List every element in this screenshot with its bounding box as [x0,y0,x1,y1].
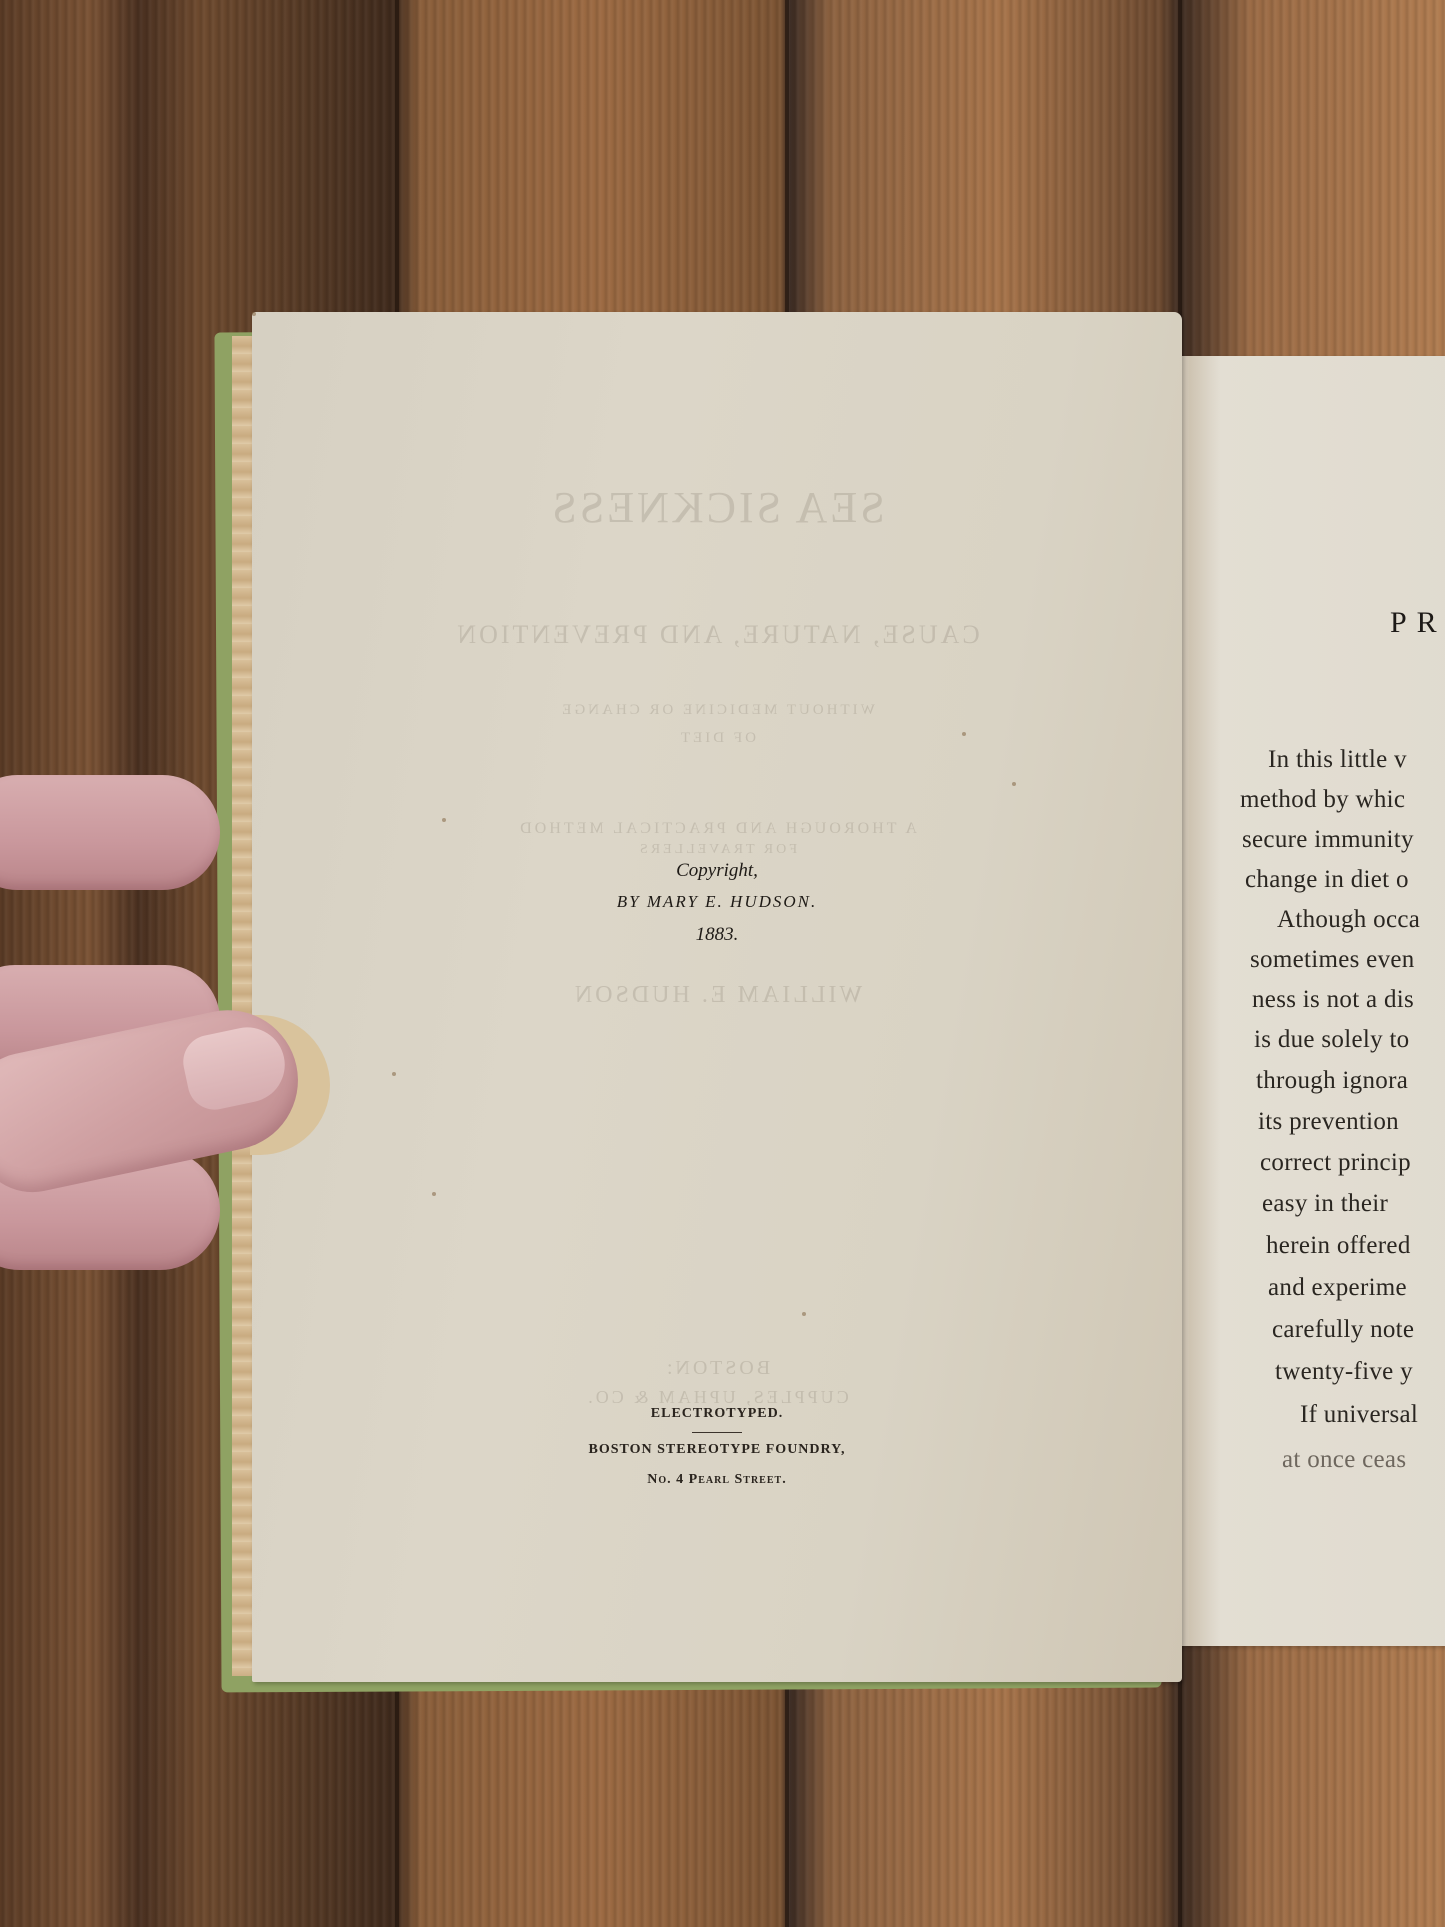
foxing-spot [962,732,966,736]
text-line: through ignora [1256,1067,1408,1095]
preface-heading: PR [1390,606,1445,640]
show-through-line: FOR TRAVELLERS [252,842,1182,858]
index-finger [0,775,220,890]
show-through-line: A THOROUGH AND PRACTICAL METHOD [252,820,1182,838]
text-line: twenty-five y [1275,1358,1413,1386]
show-through-imprint: BOSTON: [252,1357,1182,1380]
text-line: If universal [1300,1401,1418,1429]
text-line: easy in their [1262,1190,1388,1218]
foxing-spot [802,1312,806,1316]
foxing-spot [442,818,446,822]
copyright-holder: BY MARY E. HUDSON. [252,892,1182,912]
foundry-address: No. 4 Pearl Street. [252,1472,1182,1488]
text-line: Athough occa [1277,906,1420,934]
text-line: is due solely to [1254,1026,1409,1054]
text-line: method by whic [1240,786,1405,814]
foxing-spot [1012,782,1016,786]
electrotyped-label: ELECTROTYPED. [252,1406,1182,1422]
copyright-label: Copyright, [252,860,1182,882]
divider-rule [692,1432,742,1433]
show-through-author: WILLIAM E. HUDSON [252,982,1182,1009]
show-through-title: SEA SICKNESS [252,482,1182,533]
text-line: sometimes even [1250,946,1415,974]
foundry-name: BOSTON STEREOTYPE FOUNDRY, [252,1442,1182,1458]
marbled-endpaper-edge [232,336,254,1676]
text-line: In this little v [1268,746,1407,774]
copyright-year: 1883. [252,924,1182,946]
foxing-spot [252,312,256,316]
foxing-spot [392,1072,396,1076]
left-page-copyright: SEA SICKNESS CAUSE, NATURE, AND PREVENTI… [252,312,1182,1682]
foxing-spot [432,1192,436,1196]
show-through-subtitle: CAUSE, NATURE, AND PREVENTION [252,620,1182,650]
text-line: change in diet o [1245,866,1409,894]
text-line: correct princip [1260,1149,1411,1177]
text-line: ness is not a dis [1252,986,1414,1014]
text-line: and experime [1268,1274,1407,1302]
show-through-line: OF DIET [252,730,1182,747]
show-through-line: WITHOUT MEDICINE OR CHANGE [252,702,1182,719]
text-line: carefully note [1272,1316,1414,1344]
text-line: its prevention [1258,1108,1399,1136]
text-line: at once ceas [1282,1446,1406,1474]
text-line: herein offered [1266,1232,1411,1260]
text-line: secure immunity [1242,826,1414,854]
show-through-imprint: CUPPLES, UPHAM & CO. [252,1387,1182,1408]
